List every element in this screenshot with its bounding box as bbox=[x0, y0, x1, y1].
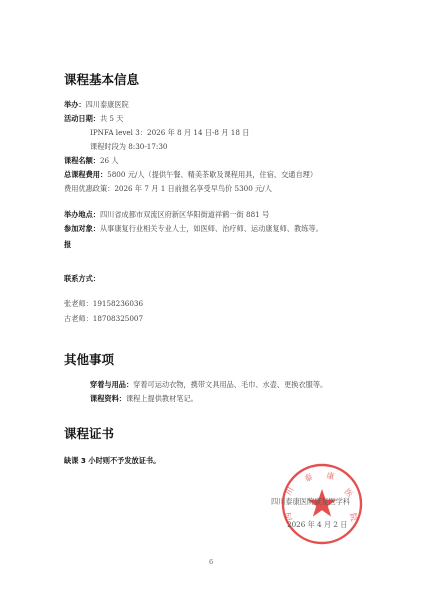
contact-item: 古老师：18708325007 bbox=[64, 314, 143, 324]
quota-label: 课程名额： bbox=[64, 156, 100, 165]
contact-label: 联系方式： bbox=[64, 274, 100, 283]
wear-label: 穿着与用品： bbox=[90, 380, 133, 389]
material-line: 课程资料：课程上提供教材笔记。 bbox=[90, 394, 198, 404]
course-time-line: 课程时段为 8:30-17:30 bbox=[90, 142, 168, 152]
fee-value: 5800 元/人（提供午餐、精美茶歇及课程用具，住宿、交通自理） bbox=[107, 170, 317, 179]
discount-line: 费用优惠政策：2026 年 7 月 1 日前报名享受早鸟价 5300 元/人 bbox=[64, 184, 272, 194]
audience-line: 参加对象：从事康复行业相关专业人士，如医师、治疗师、运动康复师、教练等。 bbox=[64, 224, 323, 234]
page-number: 6 bbox=[209, 558, 213, 566]
quota-line: 课程名额：26 人 bbox=[64, 156, 119, 166]
host-value: 四川泰康医院 bbox=[86, 100, 129, 109]
report-line: 报 bbox=[64, 240, 71, 250]
contact-phone: 18708325007 bbox=[93, 314, 143, 323]
host-line: 举办：四川泰康医院 bbox=[64, 100, 129, 110]
report-label: 报 bbox=[64, 240, 71, 249]
contact-name: 张老师： bbox=[64, 299, 93, 308]
section-title-certificate: 课程证书 bbox=[64, 424, 114, 442]
material-value: 课程上提供教材笔记。 bbox=[126, 394, 198, 403]
audience-value: 从事康复行业相关专业人士，如医师、治疗师、运动康复师、教练等。 bbox=[100, 224, 323, 233]
venue-label: 举办地点： bbox=[64, 210, 100, 219]
signature-org: 四川泰康医院康复医学科 bbox=[271, 497, 350, 507]
audience-label: 参加对象： bbox=[64, 224, 100, 233]
venue-line: 举办地点：四川省成都市双流区府新区华阳街道祥鹤一街 881 号 bbox=[64, 210, 269, 220]
svg-text:泰: 泰 bbox=[303, 471, 314, 483]
certificate-rule: 缺课 3 小时则不予发放证书。 bbox=[64, 456, 160, 466]
course-date-line: IPNFA level 3：2026 年 8 月 14 日-8 月 18 日 bbox=[90, 128, 249, 138]
contact-name: 古老师： bbox=[64, 314, 93, 323]
contact-item: 张老师：19158236036 bbox=[64, 299, 143, 309]
material-label: 课程资料： bbox=[90, 394, 126, 403]
wear-value: 穿着可运动衣物，携带文具用品、毛巾、水壶、更换衣服等。 bbox=[133, 380, 327, 389]
certificate-rule-text: 缺课 3 小时则不予发放证书。 bbox=[64, 456, 160, 465]
contact-heading: 联系方式： bbox=[64, 274, 100, 284]
date-label: 活动日期： bbox=[64, 114, 100, 123]
fee-line: 总课程费用：5800 元/人（提供午餐、精美茶歇及课程用具，住宿、交通自理） bbox=[64, 170, 317, 180]
contact-phone: 19158236036 bbox=[93, 299, 143, 308]
section-title-basic-info: 课程基本信息 bbox=[64, 70, 139, 88]
venue-value: 四川省成都市双流区府新区华阳街道祥鹤一街 881 号 bbox=[100, 210, 269, 219]
host-label: 举办： bbox=[64, 100, 86, 109]
svg-text:康: 康 bbox=[326, 470, 336, 481]
wear-line: 穿着与用品：穿着可运动衣物，携带文具用品、毛巾、水壶、更换衣服等。 bbox=[90, 380, 327, 390]
document-page: 课程基本信息 举办：四川泰康医院 活动日期：共 5 天 IPNFA level … bbox=[0, 0, 424, 600]
date-line: 活动日期：共 5 天 bbox=[64, 114, 123, 124]
signature-date: 2026 年 4 月 2 日 bbox=[287, 520, 347, 530]
quota-value: 26 人 bbox=[100, 156, 119, 165]
section-title-other: 其他事项 bbox=[64, 350, 114, 368]
date-value: 共 5 天 bbox=[100, 114, 124, 123]
fee-label: 总课程费用： bbox=[64, 170, 107, 179]
